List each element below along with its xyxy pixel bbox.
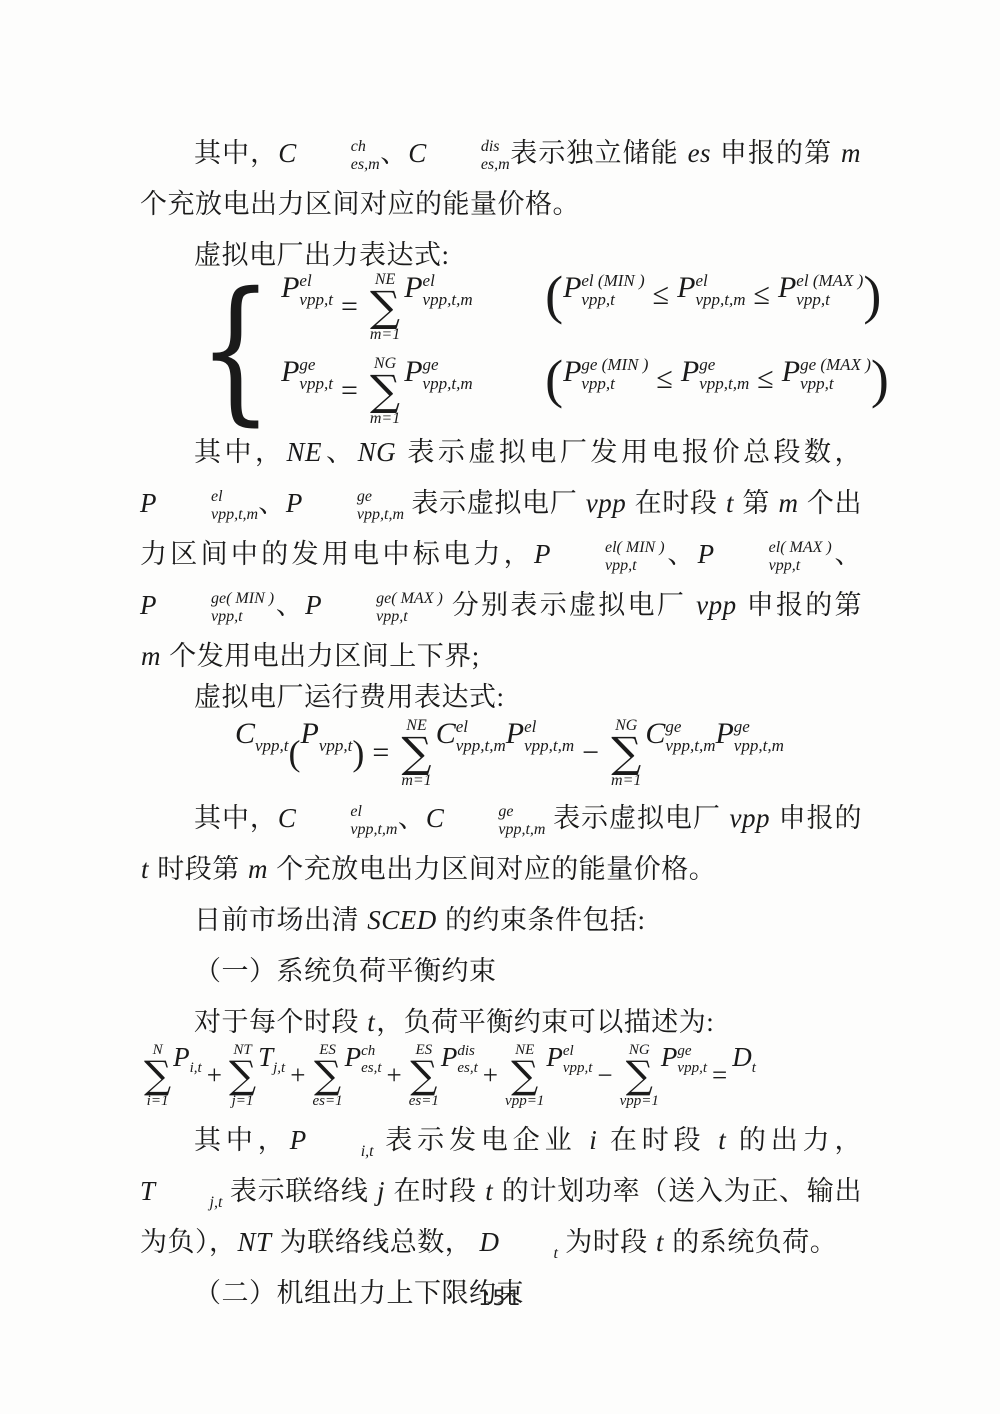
big-paren-right: )	[871, 355, 889, 404]
minus-operator: −	[582, 736, 599, 770]
text-run: 时段第	[150, 854, 247, 884]
text-run: 、	[323, 437, 357, 467]
paragraph-sced-constraints: 日前市场出清 SCED 的约束条件包括:	[140, 895, 862, 946]
subscript: i,t	[307, 1143, 374, 1161]
text-run: 在时段	[627, 488, 725, 518]
superscript: ge	[299, 355, 333, 374]
plus-operator: +	[483, 1060, 498, 1091]
math-var-m: m	[247, 854, 269, 884]
math-scripts: gevpp,t	[299, 355, 333, 393]
formula-vpp-output: { Pelvpp,t = NE∑m=1 Pelvpp,t,m ( Pel (MI…	[198, 271, 862, 427]
math-var-m: m	[777, 488, 799, 518]
math-scripts: gevpp,t	[677, 1043, 707, 1077]
big-paren-left: (	[545, 355, 563, 404]
sum-lower-limit: vpp=1	[505, 1093, 544, 1109]
big-paren-left: (	[545, 271, 563, 320]
math-var: Dt	[480, 1227, 558, 1257]
math-var: Pelvpp,t,m	[506, 717, 574, 755]
math-base: D	[480, 1227, 500, 1257]
sigma-operator: ∑	[144, 1058, 171, 1093]
math-var: Pelvpp,t	[281, 271, 333, 309]
math-base: P	[404, 355, 422, 388]
subscript: j,t	[156, 1194, 223, 1212]
subscript: vpp,t	[157, 608, 274, 626]
superscript: el	[563, 1043, 593, 1060]
paragraph-vpp-cost-notes: 其中，Celvpp,t,m、Cgevpp,t,m 表示虚拟电厂 vpp 申报的 …	[140, 793, 862, 895]
math-var-m: m	[140, 641, 162, 671]
text-run: 表示虚拟电厂发用电报价总段数，	[397, 437, 862, 467]
math-scripts: vpp,t	[319, 717, 353, 755]
math-var: Pel (MAX )vpp,t	[778, 271, 863, 309]
math-var: Pgevpp,t,m	[681, 355, 749, 393]
subscript: vpp,t,m	[423, 290, 473, 309]
sigma-operator: ∑	[229, 1058, 256, 1093]
math-var-NG: NG	[357, 437, 398, 467]
subscript: vpp,t	[581, 290, 644, 309]
math-var-C-dis-esm: Cdises,m	[408, 138, 509, 168]
sum-lower-limit: es=1	[312, 1093, 342, 1109]
summation: NT∑j=1	[229, 1042, 256, 1109]
math-var: Tj,t	[140, 1176, 222, 1206]
superscript: el (MIN )	[581, 271, 644, 290]
math-scripts: dises,m	[427, 138, 510, 174]
math-base: P	[782, 355, 800, 388]
text-run: 申报的第	[712, 138, 840, 168]
math-base: P	[404, 271, 422, 304]
subscript: vpp,t	[677, 1060, 707, 1077]
text-run: 其中，	[194, 1125, 290, 1155]
math-scripts: elvpp,t	[563, 1043, 593, 1077]
math-var: Pgevpp,t	[661, 1042, 707, 1077]
text-run: 为联络线总数，	[273, 1227, 480, 1257]
math-scripts: gevpp,t,m	[423, 355, 473, 393]
math-base: C	[436, 717, 456, 750]
subscript: t	[500, 1245, 558, 1263]
math-var: Cvpp,t	[235, 717, 289, 755]
superscript	[752, 1043, 756, 1060]
subscript: vpp,t	[322, 608, 443, 626]
subscript: vpp,t	[796, 290, 863, 309]
subscript: vpp,t,m	[444, 821, 545, 839]
superscript: ch	[361, 1043, 381, 1060]
subscript: i,t	[190, 1060, 202, 1077]
math-base: P	[140, 488, 157, 518]
math-base: C	[408, 138, 427, 168]
sigma-operator: ∑	[314, 1058, 341, 1093]
math-base: P	[546, 1042, 563, 1072]
superscript	[273, 1043, 285, 1060]
summation: ES∑es=1	[312, 1042, 342, 1109]
subscript: vpp,t	[581, 374, 648, 393]
equals-operator: =	[341, 290, 358, 324]
equals-operator: =	[372, 736, 389, 770]
text-run: （一）系统负荷平衡约束	[194, 956, 497, 986]
sum-lower-limit: es=1	[409, 1093, 439, 1109]
label-vpp-cost-expression: 虚拟电厂运行费用表达式:	[140, 672, 862, 723]
paragraph-vpp-output-notes: 其中，NE、NG 表示虚拟电厂发用电报价总段数，Pelvpp,t,m、Pgevp…	[140, 427, 862, 682]
subscript: vpp,t	[551, 557, 665, 575]
math-var: Tj,t	[258, 1042, 285, 1077]
summation: NE∑m=1	[401, 717, 431, 789]
math-base: P	[140, 590, 157, 620]
superscript: el	[296, 803, 397, 821]
page-number: 151	[0, 1286, 1000, 1310]
math-base: P	[441, 1042, 458, 1072]
superscript: ch	[297, 138, 380, 156]
superscript	[500, 1227, 558, 1245]
math-var: Pelvpp,t	[546, 1042, 592, 1077]
math-scripts: t	[500, 1227, 558, 1263]
text-run: 、	[832, 539, 862, 569]
superscript: ge (MIN )	[581, 355, 648, 374]
subscript: vpp,t	[563, 1060, 593, 1077]
math-scripts: j,t	[156, 1176, 223, 1212]
superscript	[190, 1043, 202, 1060]
superscript: ge	[699, 355, 749, 374]
math-base: P	[286, 488, 303, 518]
subscript: vpp,t	[319, 736, 353, 755]
math-scripts: dises,t	[457, 1043, 477, 1077]
big-paren-right: )	[863, 271, 881, 320]
subscript: vpp,t,m	[423, 374, 473, 393]
text-run: 表示虚拟电厂	[404, 488, 585, 518]
subscript: t	[752, 1060, 756, 1077]
math-var: Celvpp,t,m	[278, 803, 398, 833]
leq-operator: ≤	[754, 278, 770, 312]
superscript: el	[456, 717, 506, 736]
math-var: Pelvpp,t,m	[404, 271, 472, 309]
summation: NE∑vpp=1	[505, 1042, 544, 1109]
summation: NG∑m=1	[611, 717, 641, 789]
math-base: P	[677, 271, 695, 304]
math-var: Pelvpp,t,m	[677, 271, 745, 309]
leq-operator: ≤	[653, 278, 669, 312]
leq-operator: ≤	[656, 362, 672, 396]
document-page: 其中，Cches,m、Cdises,m表示独立储能 es 申报的第 m 个充放电…	[0, 0, 1000, 1414]
subscript: vpp,t,m	[734, 736, 784, 755]
math-scripts: i,t	[190, 1043, 202, 1077]
math-scripts: elvpp,t,m	[524, 717, 574, 755]
math-base: P	[563, 355, 581, 388]
math-var-t: t	[140, 854, 150, 884]
subscript: vpp,t	[299, 374, 333, 393]
subscript: vpp,t,m	[524, 736, 574, 755]
subscript: vpp,t,m	[157, 506, 258, 524]
math-var: Pelvpp,t,m	[140, 488, 258, 518]
summation: NG∑vpp=1	[620, 1042, 659, 1109]
sum-lower-limit: m=1	[370, 410, 400, 427]
formula-row-el: Pelvpp,t = NE∑m=1 Pelvpp,t,m ( Pel (MIN …	[281, 271, 889, 343]
condition-ge: ( Pge (MIN )vpp,t ≤ Pgevpp,t,m ≤ Pge (MA…	[545, 355, 889, 404]
text-run: 的系统负荷。	[665, 1227, 837, 1257]
math-base: T	[140, 1176, 156, 1206]
math-var: Pgevpp,t,m	[286, 488, 404, 518]
superscript: el	[423, 271, 473, 290]
equation-ge: Pgevpp,t = NG∑m=1 Pgevpp,t,m	[281, 355, 529, 427]
math-scripts: ge( MIN )vpp,t	[157, 590, 274, 626]
math-scripts: elvpp,t,m	[423, 271, 473, 309]
text-run: 在时段	[598, 1125, 717, 1155]
text-run: 其中，	[194, 138, 278, 168]
math-var: Cgevpp,t,m	[645, 717, 715, 755]
math-base: P	[563, 271, 581, 304]
math-base: P	[681, 355, 699, 388]
sigma-operator: ∑	[611, 734, 641, 772]
text-run: 虚拟电厂运行费用表达式:	[194, 682, 505, 712]
math-var-t: t	[655, 1227, 665, 1257]
text-run: 为时段	[558, 1227, 655, 1257]
superscript	[156, 1176, 223, 1194]
system-brace: {	[198, 271, 273, 427]
text-run: 、	[380, 138, 409, 168]
math-var: Celvpp,t,m	[436, 717, 506, 755]
math-var-vpp: vpp	[585, 488, 627, 518]
paragraph-balance-notes: 其中，Pi,t 表示发电企业 i 在时段 t 的出力， Tj,t 表示联络线 j…	[140, 1115, 862, 1268]
superscript: el( MAX )	[715, 539, 832, 557]
math-scripts: el (MIN )vpp,t	[581, 271, 644, 309]
text-run: 的出力，	[727, 1125, 862, 1155]
formula-vpp-cost: Cvpp,t ( Pvpp,t ) = NE∑m=1 Celvpp,t,m Pe…	[235, 717, 862, 789]
text-run: 其中，	[194, 803, 278, 833]
math-scripts: t	[752, 1043, 756, 1077]
sum-lower-limit: vpp=1	[620, 1093, 659, 1109]
sum-lower-limit: m=1	[370, 326, 400, 343]
subscript: vpp,t	[715, 557, 832, 575]
sum-lower-limit: m=1	[401, 772, 431, 789]
math-scripts: ge (MAX )vpp,t	[800, 355, 871, 393]
summation: NE∑m=1	[370, 271, 400, 343]
text-run: 个发用电出力区间上下界;	[162, 641, 480, 671]
math-var-j: j	[376, 1176, 386, 1206]
math-base: P	[281, 355, 299, 388]
subscript: vpp,t,m	[665, 736, 715, 755]
math-var: Cgevpp,t,m	[426, 803, 546, 833]
subscript: vpp,t	[299, 290, 333, 309]
math-scripts: elvpp,t,m	[157, 488, 258, 524]
superscript: ge	[677, 1043, 707, 1060]
math-scripts: ge (MIN )vpp,t	[581, 355, 648, 393]
superscript: ge	[303, 488, 404, 506]
superscript: ge( MAX )	[322, 590, 443, 608]
heading-constraint-1: （一）系统负荷平衡约束	[140, 946, 862, 997]
math-base: C	[278, 138, 297, 168]
math-var: Pgevpp,t,m	[404, 355, 472, 393]
text-run: 表示联络线	[222, 1176, 376, 1206]
text-run: 表示虚拟电厂	[545, 803, 728, 833]
math-var-i: i	[588, 1125, 598, 1155]
subscript: es,m	[297, 156, 380, 174]
sigma-operator: ∑	[370, 372, 400, 410]
math-var: Pel( MIN )vpp,t	[534, 539, 665, 569]
math-var-m: m	[840, 138, 862, 168]
text-run: 申报的	[771, 803, 862, 833]
math-base: P	[345, 1042, 362, 1072]
math-var-t: t	[717, 1125, 727, 1155]
math-var: Pches,t	[345, 1042, 382, 1077]
math-base: P	[173, 1042, 190, 1072]
text-run: 第	[735, 488, 777, 518]
superscript	[255, 717, 289, 736]
text-run: 申报的第	[738, 590, 862, 620]
page-content: 其中，Cches,m、Cdises,m表示独立储能 es 申报的第 m 个充放电…	[140, 128, 862, 1319]
text-run: 个充放电出力区间对应的能量价格。	[269, 854, 716, 884]
math-var: Pvpp,t	[301, 717, 353, 755]
superscript: el	[524, 717, 574, 736]
math-var: Pi,t	[290, 1125, 374, 1155]
math-var-t: t	[725, 488, 735, 518]
math-base: P	[290, 1125, 307, 1155]
text-run: 表示独立储能	[510, 138, 687, 168]
text-run: 分别表示虚拟电厂	[443, 590, 695, 620]
text-run: 的约束条件包括:	[438, 905, 646, 935]
superscript: ge	[734, 717, 784, 736]
math-var: Pel( MAX )vpp,t	[698, 539, 832, 569]
math-scripts: el( MAX )vpp,t	[715, 539, 832, 575]
math-scripts: gevpp,t,m	[734, 717, 784, 755]
summation: N∑i=1	[144, 1042, 171, 1109]
paren-left: (	[289, 737, 301, 769]
math-scripts: ches,t	[361, 1043, 381, 1077]
math-var-es: es	[687, 138, 713, 168]
sigma-operator: ∑	[370, 288, 400, 326]
math-scripts: i,t	[307, 1125, 374, 1161]
math-var-SCED: SCED	[366, 905, 438, 935]
paren-right: )	[352, 737, 364, 769]
subscript: es,t	[361, 1060, 381, 1077]
summation: NG∑m=1	[370, 355, 400, 427]
math-var-t: t	[484, 1176, 494, 1206]
math-base: P	[778, 271, 796, 304]
summation: ES∑es=1	[409, 1042, 439, 1109]
text-run: 日前市场出清	[194, 905, 366, 935]
math-base: C	[426, 803, 445, 833]
math-var-t: t	[366, 1007, 376, 1037]
plus-operator: +	[207, 1060, 222, 1091]
superscript: ge( MIN )	[157, 590, 274, 608]
text-run: 、	[274, 590, 305, 620]
text-run: 在时段	[386, 1176, 484, 1206]
math-var-vpp: vpp	[728, 803, 770, 833]
math-base: P	[715, 717, 733, 750]
subscript: vpp,t,m	[695, 290, 745, 309]
math-scripts: gevpp,t,m	[303, 488, 404, 524]
subscript: vpp,t,m	[303, 506, 404, 524]
subscript: vpp,t	[255, 736, 289, 755]
math-base: P	[698, 539, 715, 569]
math-scripts: elvpp,t,m	[695, 271, 745, 309]
superscript: el (MAX )	[796, 271, 863, 290]
sigma-operator: ∑	[410, 1058, 437, 1093]
math-var: Pge( MAX )vpp,t	[305, 590, 443, 620]
math-var: Dt	[732, 1042, 756, 1077]
formula-rows: Pelvpp,t = NE∑m=1 Pelvpp,t,m ( Pel (MIN …	[281, 271, 889, 427]
math-var: Pgevpp,t,m	[715, 717, 783, 755]
equation-el: Pelvpp,t = NE∑m=1 Pelvpp,t,m	[281, 271, 529, 343]
paragraph-balance-intro: 对于每个时段 t，负荷平衡约束可以描述为:	[140, 997, 862, 1048]
math-scripts: el (MAX )vpp,t	[796, 271, 863, 309]
superscript: ge (MAX )	[800, 355, 871, 374]
equals-operator: =	[341, 374, 358, 408]
superscript: el	[157, 488, 258, 506]
math-var: Pge (MAX )vpp,t	[782, 355, 871, 393]
leq-operator: ≤	[757, 362, 773, 396]
text-run: ，负荷平衡约束可以描述为:	[376, 1007, 714, 1037]
sum-lower-limit: m=1	[611, 772, 641, 789]
math-scripts: elvpp,t,m	[296, 803, 397, 839]
superscript: ge	[665, 717, 715, 736]
sum-lower-limit: i=1	[147, 1093, 169, 1109]
math-var: Pel (MIN )vpp,t	[563, 271, 645, 309]
math-var: Pgevpp,t	[281, 355, 333, 393]
math-var: Pge (MIN )vpp,t	[563, 355, 648, 393]
text-run: 、	[397, 803, 425, 833]
text-run: 其中，	[194, 437, 286, 467]
superscript: dis	[427, 138, 510, 156]
superscript: el	[299, 271, 333, 290]
text-run: 对于每个时段	[194, 1007, 366, 1037]
math-base: P	[506, 717, 524, 750]
sigma-operator: ∑	[402, 734, 432, 772]
math-scripts: gevpp,t,m	[699, 355, 749, 393]
text-run: 、	[665, 539, 698, 569]
superscript: ge	[444, 803, 545, 821]
math-base: P	[661, 1042, 678, 1072]
math-base: P	[301, 717, 319, 750]
superscript: el( MIN )	[551, 539, 665, 557]
text-run: 表示发电企业	[374, 1125, 589, 1155]
math-scripts: elvpp,t,m	[456, 717, 506, 755]
subscript: es,t	[457, 1060, 477, 1077]
math-scripts: gevpp,t,m	[665, 717, 715, 755]
math-base: C	[235, 717, 255, 750]
subscript: vpp,t,m	[699, 374, 749, 393]
math-scripts: gevpp,t,m	[444, 803, 545, 839]
subscript: vpp,t,m	[456, 736, 506, 755]
math-scripts: el( MIN )vpp,t	[551, 539, 665, 575]
equals-operator: =	[712, 1060, 727, 1091]
sigma-operator: ∑	[511, 1058, 538, 1093]
math-var-NT: NT	[237, 1227, 273, 1257]
text-run: 、	[258, 488, 286, 518]
superscript: ge	[423, 355, 473, 374]
math-var-C-ch-esm: Cches,m	[278, 138, 379, 168]
superscript	[319, 717, 353, 736]
math-base: P	[305, 590, 322, 620]
math-scripts: vpp,t	[255, 717, 289, 755]
subscript: es,m	[427, 156, 510, 174]
formula-row-ge: Pgevpp,t = NG∑m=1 Pgevpp,t,m ( Pge (MIN …	[281, 355, 889, 427]
math-base: P	[281, 271, 299, 304]
subscript: j,t	[273, 1060, 285, 1077]
math-var: Pi,t	[173, 1042, 202, 1077]
math-scripts: ge( MAX )vpp,t	[322, 590, 443, 626]
text-run: 个充放电出力区间对应的能量价格。	[140, 189, 580, 219]
math-base: C	[278, 803, 297, 833]
condition-el: ( Pel (MIN )vpp,t ≤ Pelvpp,t,m ≤ Pel (MA…	[545, 271, 881, 320]
subscript: vpp,t,m	[296, 821, 397, 839]
math-base: T	[258, 1042, 273, 1072]
plus-operator: +	[290, 1060, 305, 1091]
sigma-operator: ∑	[626, 1058, 653, 1093]
plus-operator: +	[387, 1060, 402, 1091]
subscript: vpp,t	[800, 374, 871, 393]
superscript: dis	[457, 1043, 477, 1060]
math-var-vpp: vpp	[695, 590, 737, 620]
math-scripts: ches,m	[297, 138, 380, 174]
math-scripts: elvpp,t	[299, 271, 333, 309]
math-var: Pge( MIN )vpp,t	[140, 590, 274, 620]
sum-lower-limit: j=1	[232, 1093, 254, 1109]
